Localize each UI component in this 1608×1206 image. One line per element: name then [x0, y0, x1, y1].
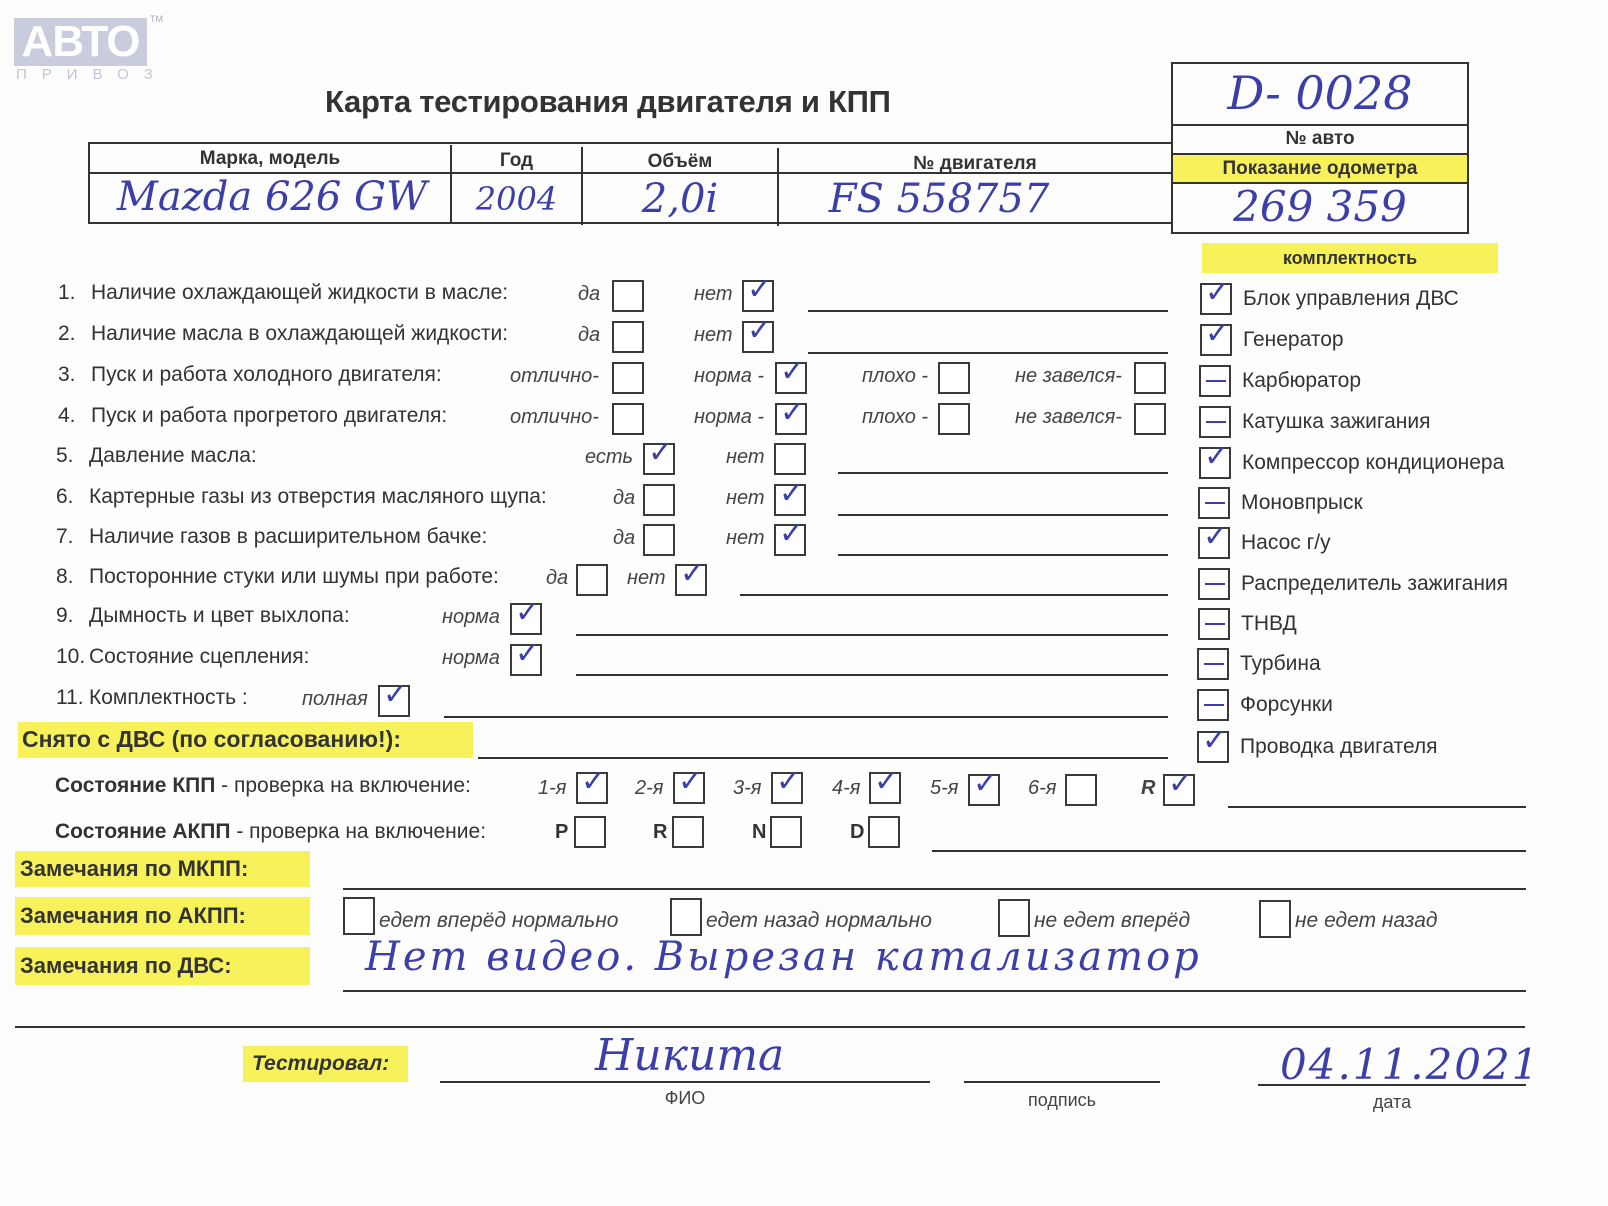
checkbox-7-2[interactable]: ✓ — [774, 524, 806, 556]
header-make-model: Марка, модель — [90, 148, 450, 170]
note-line[interactable] — [808, 352, 1168, 354]
akpp-remark-checkbox[interactable] — [670, 898, 702, 936]
checkbox-6-2[interactable]: ✓ — [774, 484, 806, 516]
gear-label: R — [1141, 777, 1155, 800]
brand-logo: АВТО — [14, 18, 147, 66]
check-number: 7. — [56, 525, 74, 549]
check-number: 3. — [58, 363, 76, 387]
check-label: Наличие газов в расширительном бачке: — [89, 525, 487, 549]
option-label: плохо - — [862, 406, 928, 429]
table-border — [1171, 62, 1469, 64]
table-border — [88, 142, 1171, 144]
completeness-checkbox[interactable] — [1197, 689, 1229, 721]
check-label: Пуск и работа холодного двигателя: — [91, 363, 442, 387]
check-number: 2. — [58, 322, 76, 346]
completeness-checkbox[interactable] — [1199, 406, 1231, 438]
removed-label: Снято с ДВС (по согласованию!): — [22, 726, 401, 753]
option-label: нет — [726, 527, 765, 550]
date-caption: дата — [1258, 1092, 1526, 1113]
remarks-mkpp-line[interactable] — [343, 888, 1526, 890]
checkbox-4-4[interactable] — [1134, 403, 1166, 435]
check-number: 4. — [58, 404, 76, 428]
gear-label: 6-я — [1028, 777, 1056, 800]
table-border — [1171, 232, 1469, 234]
note-line[interactable] — [740, 594, 1168, 596]
header-year: Год — [452, 150, 581, 172]
remarks-akpp-label: Замечания по АКПП: — [20, 903, 246, 929]
checkbox-3-3[interactable] — [938, 362, 970, 394]
dash-icon — [1206, 380, 1226, 382]
check-label: Посторонние стуки или шумы при работе: — [89, 565, 499, 589]
akpp-remark-checkbox[interactable] — [1259, 900, 1291, 938]
akpp-remark-label: едет вперёд нормально — [379, 909, 618, 933]
completeness-item-label: Турбина — [1240, 652, 1321, 676]
option-label: норма — [442, 606, 500, 629]
checkbox-4-2[interactable]: ✓ — [775, 403, 807, 435]
check-label: Дымность и цвет выхлопа: — [89, 604, 350, 628]
completeness-item-label: Катушка зажигания — [1242, 410, 1430, 434]
checkbox-8-2[interactable]: ✓ — [675, 564, 707, 596]
manual-gearbox-note-line[interactable] — [1228, 806, 1526, 808]
position-checkbox[interactable] — [672, 816, 704, 848]
completeness-checkbox[interactable] — [1198, 608, 1230, 640]
car-number-value[interactable]: D- 0028 — [1173, 66, 1467, 120]
checkmark-icon: ✓ — [581, 766, 606, 798]
option-label: нет — [627, 567, 666, 590]
checkbox-4-1[interactable] — [612, 403, 644, 435]
option-label: да — [613, 527, 635, 550]
position-label: P — [555, 821, 568, 844]
gear-label: 5-я — [930, 777, 958, 800]
table-border — [88, 222, 1171, 224]
option-label: плохо - — [862, 365, 928, 388]
remarks-mkpp-label: Замечания по МКПП: — [20, 856, 248, 882]
option-label: да — [613, 487, 635, 510]
note-line[interactable] — [838, 554, 1168, 556]
completeness-item-label: Компрессор кондиционера — [1242, 451, 1504, 475]
check-number: 5. — [56, 444, 74, 468]
check-label: Наличие охлаждающей жидкости в масле: — [91, 281, 508, 305]
signature-caption: подпись — [964, 1090, 1160, 1111]
option-label: нет — [694, 324, 733, 347]
note-line[interactable] — [576, 674, 1168, 676]
header-volume: Объём — [583, 151, 777, 173]
header-engine-number: № двигателя — [779, 153, 1171, 175]
check-number: 8. — [56, 565, 74, 589]
check-label: Комплектность : — [89, 686, 248, 710]
checkbox-6-1[interactable] — [643, 484, 675, 516]
check-label: Пуск и работа прогретого двигателя: — [91, 404, 447, 428]
manual-gearbox-label-rest: - проверка на включение: — [215, 774, 471, 797]
checkbox-9-1[interactable]: ✓ — [510, 603, 542, 635]
completeness-item-label: Проводка двигателя — [1240, 735, 1438, 759]
year-value[interactable]: 2004 — [452, 180, 581, 218]
checkmark-icon: ✓ — [779, 478, 804, 510]
checkmark-icon: ✓ — [780, 356, 805, 388]
odometer-label: Показание одометра — [1173, 155, 1467, 182]
completeness-item-label: Карбюратор — [1242, 369, 1361, 393]
gear-checkbox[interactable]: ✓ — [968, 774, 1000, 806]
position-label: D — [850, 821, 864, 844]
odometer-value[interactable]: 269 359 — [1173, 182, 1467, 231]
checkmark-icon: ✓ — [874, 766, 899, 798]
volume-value[interactable]: 2,0i — [583, 176, 777, 222]
date-value[interactable]: 04.11.2021 — [1280, 1040, 1540, 1089]
auto-gearbox-note-line[interactable] — [932, 850, 1526, 852]
completeness-checkbox[interactable] — [1199, 365, 1231, 397]
auto-gearbox-label-bold: Состояние АКПП — [55, 820, 231, 843]
completeness-item-label: Блок управления ДВС — [1243, 287, 1459, 311]
checkbox-5-2[interactable] — [774, 443, 806, 475]
position-checkbox[interactable] — [868, 816, 900, 848]
option-label: нет — [694, 283, 733, 306]
checkmark-icon: ✓ — [779, 518, 804, 550]
gear-checkbox[interactable]: ✓ — [771, 772, 803, 804]
checkbox-1-1[interactable] — [612, 280, 644, 312]
auto-gearbox-label-rest: - проверка на включение: — [231, 820, 487, 843]
checkmark-icon: ✓ — [1205, 277, 1230, 309]
name-line — [440, 1081, 930, 1083]
akpp-remark-checkbox[interactable] — [343, 897, 375, 935]
checkmark-icon: ✓ — [780, 397, 805, 429]
completeness-checkbox[interactable]: ✓ — [1200, 283, 1232, 315]
completeness-checkbox[interactable]: ✓ — [1198, 527, 1230, 559]
check-number: 9. — [56, 604, 74, 628]
manual-gearbox-label-bold: Состояние КПП — [55, 774, 215, 797]
table-border — [1467, 62, 1469, 234]
checkmark-icon: ✓ — [1204, 441, 1229, 473]
dash-icon — [1204, 663, 1224, 665]
option-label: да — [546, 567, 568, 590]
engine-number-value[interactable]: FS 558757 — [779, 176, 1099, 222]
completeness-checkbox[interactable]: ✓ — [1200, 324, 1232, 356]
remarks-engine-label: Замечания по ДВС: — [20, 953, 232, 979]
option-label: нет — [726, 487, 765, 510]
checkbox-4-3[interactable] — [938, 403, 970, 435]
check-label: Картерные газы из отверстия масляного щу… — [89, 485, 547, 509]
checkbox-3-2[interactable]: ✓ — [775, 362, 807, 394]
checkmark-icon: ✓ — [1168, 768, 1193, 800]
checkbox-11-1[interactable]: ✓ — [378, 685, 410, 717]
gear-checkbox[interactable]: ✓ — [673, 772, 705, 804]
completeness-item-label: Насос г/у — [1241, 531, 1331, 555]
checkmark-icon: ✓ — [747, 315, 772, 347]
removed-input-line[interactable] — [478, 757, 1168, 759]
dash-icon — [1205, 623, 1225, 625]
position-checkbox[interactable] — [770, 816, 802, 848]
option-label: не завелся- — [1015, 365, 1122, 388]
gear-checkbox[interactable] — [1065, 774, 1097, 806]
auto-gearbox-label: Состояние АКПП - проверка на включение: — [55, 820, 486, 844]
check-label: Состояние сцепления: — [89, 645, 309, 669]
option-label: да — [578, 283, 600, 306]
checkmark-icon: ✓ — [515, 638, 540, 670]
completeness-checkbox[interactable]: ✓ — [1197, 731, 1229, 763]
completeness-item-label: Форсунки — [1240, 693, 1333, 717]
make-model-value[interactable]: Mazda 626 GW — [92, 174, 452, 220]
checkmark-icon: ✓ — [1203, 521, 1228, 553]
gear-checkbox[interactable]: ✓ — [869, 772, 901, 804]
check-label: Наличие масла в охлаждающей жидкости: — [91, 322, 508, 346]
checkmark-icon: ✓ — [1205, 318, 1230, 350]
checkmark-icon: ✓ — [680, 558, 705, 590]
akpp-remark-label: не едет вперёд — [1034, 909, 1190, 933]
position-label: N — [752, 821, 766, 844]
checkbox-7-1[interactable] — [643, 524, 675, 556]
option-label: не завелся- — [1015, 406, 1122, 429]
option-label: полная — [302, 688, 368, 711]
gear-checkbox[interactable]: ✓ — [1163, 774, 1195, 806]
completeness-checkbox[interactable] — [1197, 648, 1229, 680]
gear-label: 3-я — [733, 777, 761, 800]
checkbox-3-1[interactable] — [612, 362, 644, 394]
checkbox-1-2[interactable]: ✓ — [742, 280, 774, 312]
checkbox-10-1[interactable]: ✓ — [510, 644, 542, 676]
page-title: Карта тестирования двигателя и КПП — [325, 84, 891, 120]
completeness-item-label: Моновпрыск — [1241, 491, 1363, 515]
option-label: норма - — [694, 406, 764, 429]
completeness-item-label: Распределитель зажигания — [1241, 572, 1508, 596]
check-number: 10. — [56, 645, 85, 669]
logo-subtitle: ПРИВОЗ — [16, 66, 168, 83]
dash-icon — [1205, 583, 1225, 585]
checkbox-2-1[interactable] — [612, 321, 644, 353]
option-label: отлично- — [510, 365, 599, 388]
note-line[interactable] — [808, 310, 1168, 312]
gear-checkbox[interactable]: ✓ — [576, 772, 608, 804]
dash-icon — [1205, 502, 1225, 504]
signature-line[interactable] — [964, 1081, 1160, 1083]
option-label: есть — [585, 446, 633, 469]
option-label: нет — [726, 446, 765, 469]
checkmark-icon: ✓ — [648, 437, 673, 469]
checkmark-icon: ✓ — [776, 766, 801, 798]
car-number-label: № авто — [1173, 128, 1467, 150]
option-label: да — [578, 324, 600, 347]
checkmark-icon: ✓ — [1202, 725, 1227, 757]
checkmark-icon: ✓ — [973, 768, 998, 800]
option-label: норма - — [694, 365, 764, 388]
akpp-remark-label: едет назад нормально — [706, 909, 932, 933]
completeness-checkbox[interactable] — [1198, 568, 1230, 600]
checkbox-5-1[interactable]: ✓ — [643, 443, 675, 475]
option-label: норма — [442, 647, 500, 670]
completeness-item-label: ТНВД — [1241, 612, 1297, 636]
checkbox-2-2[interactable]: ✓ — [742, 321, 774, 353]
check-number: 6. — [56, 485, 74, 509]
option-label: отлично- — [510, 406, 599, 429]
check-number: 1. — [58, 281, 76, 305]
completeness-item-label: Генератор — [1243, 328, 1344, 352]
manual-gearbox-label: Состояние КПП - проверка на включение: — [55, 774, 471, 798]
dash-icon — [1206, 421, 1226, 423]
checkbox-3-4[interactable] — [1134, 362, 1166, 394]
tester-name[interactable]: Никита — [595, 1030, 784, 1081]
note-line[interactable] — [576, 634, 1168, 636]
name-caption: ФИО — [440, 1088, 930, 1109]
remarks-engine-line[interactable] — [343, 990, 1526, 992]
completeness-checkbox[interactable] — [1198, 487, 1230, 519]
logo-trademark: TM — [150, 14, 163, 24]
note-line[interactable] — [838, 514, 1168, 516]
checkbox-8-1[interactable] — [576, 564, 608, 596]
table-border — [1171, 124, 1469, 126]
checkmark-icon: ✓ — [747, 274, 772, 306]
remarks-engine-value[interactable]: Нет видео. Вырезан катализатор — [365, 934, 1202, 980]
section-divider — [15, 1026, 1525, 1028]
position-checkbox[interactable] — [574, 816, 606, 848]
completeness-checkbox[interactable]: ✓ — [1199, 447, 1231, 479]
akpp-remark-label: не едет назад — [1295, 909, 1437, 933]
note-line[interactable] — [444, 716, 1168, 718]
checkmark-icon: ✓ — [383, 679, 408, 711]
completeness-title: комплектность — [1202, 243, 1498, 273]
position-label: R — [653, 821, 667, 844]
checkmark-icon: ✓ — [515, 597, 540, 629]
dash-icon — [1204, 704, 1224, 706]
check-label: Давление масла: — [89, 444, 257, 468]
gear-label: 2-я — [635, 777, 663, 800]
tested-by-label: Тестировал: — [252, 1052, 389, 1076]
gear-label: 1-я — [538, 777, 566, 800]
checkmark-icon: ✓ — [678, 766, 703, 798]
note-line[interactable] — [838, 472, 1168, 474]
gear-label: 4-я — [832, 777, 860, 800]
date-line — [1258, 1084, 1526, 1086]
akpp-remark-checkbox[interactable] — [998, 899, 1030, 937]
check-number: 11. — [56, 686, 84, 710]
